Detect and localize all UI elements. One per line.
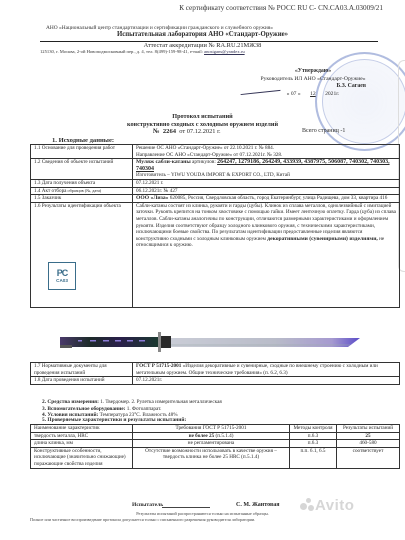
row-value: ГОСТ Р 51715-2001 «Изделия декоративные … — [133, 363, 400, 377]
requirement: Отсутствие возможности использовать в ка… — [133, 447, 290, 468]
protocol-title-line2: конструктивно сходных с холодным оружием… — [0, 121, 405, 129]
row-label: 1.6 Результаты идентификации объекта — [31, 202, 133, 307]
test-result: соответствует — [337, 447, 400, 468]
row-value: ООО «Лиза» 620085, Россия, Свердловская … — [133, 195, 400, 203]
table-row: 1.5 Заказчик ООО «Лиза» 620085, Россия, … — [31, 195, 400, 203]
section5: 5. Проверяемые характеристики и результа… — [42, 417, 186, 423]
email-link[interactable]: anostgans@yandex.ru — [204, 49, 245, 54]
tester-signature-line — [162, 507, 210, 508]
number-prefix: № — [153, 128, 160, 135]
control-method: п.п. 6.1, 6.5 — [290, 447, 337, 468]
table-row: 1.3 Дата получения объекта 07.12.2021 г. — [31, 179, 400, 187]
basis-line: Решение ОС АНО «Стандарт-Оружие» от 22.1… — [136, 145, 396, 152]
protocol-number: № 2264 от 07.12.2021 г. — [153, 128, 221, 135]
approval-title: «Утверждаю» — [295, 68, 331, 74]
section5-label: 5. Проверяемые характеристики и результа… — [42, 417, 186, 423]
characteristic-name: длина клинка, мм — [31, 440, 133, 448]
table-header-row: Наименование характеристик Требования ГО… — [31, 425, 400, 433]
section1-heading: 1. Исходные данные: — [52, 137, 114, 144]
katana-photo — [58, 332, 363, 352]
table-row: 1.7 Нормативные документы для проведения… — [31, 363, 400, 377]
customer-address: 620085, Россия, Свердловская область, го… — [168, 195, 387, 201]
row-label: 1.8 Дата проведения испытаний — [31, 377, 133, 385]
approval-year: 2021г. — [325, 91, 339, 97]
pc-mark-icon: PC — [57, 269, 68, 278]
row-label-small: образцов (№, дата) — [66, 188, 101, 193]
table-row: твердость металла, HRC не более 25 (п.5.… — [31, 432, 400, 440]
row-label: 1.2 Сведения об объекте испытаний — [31, 159, 133, 180]
row-value: 06.12.2021г. № 427 — [133, 187, 400, 195]
identification-conclusion: декоративными (сувенирными) изделиями, — [267, 236, 378, 242]
customer-name: ООО «Лиза» — [136, 195, 168, 201]
row-value: Муляж сабли-катаны артикулов: 264247, 12… — [133, 159, 400, 180]
row-label: 1.5 Заказчик — [31, 195, 133, 203]
row-label-text: 1.4 Акт отбора — [34, 188, 66, 194]
results-table: Наименование характеристик Требования ГО… — [30, 424, 400, 469]
approval-day: « 07 » — [287, 91, 301, 97]
protocol-title-line1: Протокол испытаний — [0, 113, 405, 121]
product-name: Муляж сабли-катаны — [136, 159, 191, 165]
row-value: Решение ОС АНО «Стандарт-Оружие» от 22.1… — [133, 145, 400, 159]
section2-label: 2. Средства измерения: — [42, 399, 99, 405]
test-result: 25 — [337, 432, 400, 440]
column-header: Требования ГОСТ Р 51715-2001 — [133, 425, 290, 433]
avito-watermark: Avito — [300, 497, 354, 514]
test-result: 460-580 — [337, 440, 400, 448]
requirement-bold: не более 25 — [189, 433, 215, 439]
initial-data-table: 1.1 Основание для проведения работ Решен… — [30, 144, 400, 308]
tester-label: Испытатель — [132, 502, 163, 508]
basis-line: Направление ОС АНО «Стандарт-Оружие» от … — [136, 152, 396, 159]
approval-month: 12 — [302, 91, 324, 97]
table-row: 1.1 Основание для проведения работ Решен… — [31, 145, 400, 159]
table-row: 1.2 Сведения об объекте испытаний Муляж … — [31, 159, 400, 180]
certificate-reference: К сертификату соответствия № РОСС RU С- … — [179, 4, 383, 12]
footnote-reproduction: Полное или частичное воспроизведение про… — [30, 517, 255, 522]
row-label: 1.4 Акт отбора образцов (№, дата) — [31, 187, 133, 195]
section2-value: 1. Твердомер. 2. Рулетка измерительная м… — [99, 399, 222, 405]
row-label: 1.3 Дата получения объекта — [31, 179, 133, 187]
address-text: 125130, г. Москва, 2-ой Новоподмосковный… — [40, 49, 204, 54]
row-label: 1.1 Основание для проведения работ — [31, 145, 133, 159]
page-count: Всего страниц -1 — [302, 128, 345, 134]
characteristic-name: твердость металла, HRC — [31, 432, 133, 440]
number-value: 2264 — [163, 128, 176, 135]
certification-logo: PC CA03 — [48, 262, 76, 290]
protocol-title: Протокол испытаний конструктивно сходных… — [0, 113, 405, 128]
requirement: не регламентирована — [133, 440, 290, 448]
table-row: 1.8 Дата проведения испытаний 07.12.2021… — [31, 377, 400, 385]
requirement-ref: (п.5.1.4) — [214, 433, 233, 439]
approval-name: Б.З. Сагаев — [336, 83, 366, 89]
standard-code: ГОСТ Р 51715-2001 — [136, 363, 181, 369]
address: 125130, г. Москва, 2-ой Новоподмосковный… — [40, 49, 245, 54]
row-value: 07.12.2021г. — [133, 377, 400, 385]
manufacturer: Изготовитель – YIWU YOUDA IMPORT & EXPOR… — [136, 172, 396, 179]
accreditation: Аттестат аккредитации № RA.RU.21МЖ38 — [0, 42, 405, 49]
tester-name: С. М. Жантовая — [236, 502, 279, 508]
avito-logo-icon — [300, 498, 314, 512]
row-value: Сабли-катаны состоят из клинка, рукояти … — [133, 202, 400, 307]
column-header: Результаты испытаний — [337, 425, 400, 433]
seal-stamp — [315, 52, 405, 151]
table-row: Конструктивные особенности, исключающие … — [31, 447, 400, 468]
table-row: длина клинка, мм не регламентирована п.6… — [31, 440, 400, 448]
requirement: не более 25 (п.5.1.4) — [133, 432, 290, 440]
section3: 3. Вспомогательное оборудование: 1. Фото… — [42, 406, 161, 412]
logo-code: CA03 — [56, 278, 68, 283]
column-header: Наименование характеристик — [31, 425, 133, 433]
column-header: Методы контроля — [290, 425, 337, 433]
control-method: п.6.3 — [290, 440, 337, 448]
table-row: 1.6 Результаты идентификации объекта Саб… — [31, 202, 400, 307]
section3-label: 3. Вспомогательное оборудование: — [42, 406, 125, 412]
section3-value: 1. Фотоаппарат. — [125, 406, 161, 412]
row-value: 07.12.2021 г. — [133, 179, 400, 187]
avito-text: Avito — [315, 497, 354, 514]
articles-label: артикулов: — [191, 159, 217, 165]
protocol-date: от 07.12.2021 г. — [179, 128, 220, 135]
section2: 2. Средства измерения: 1. Твердомер. 2. … — [42, 399, 222, 405]
characteristic-name: Конструктивные особенности, исключающие … — [31, 447, 133, 468]
normative-table: 1.7 Нормативные документы для проведения… — [30, 362, 400, 385]
row-label: 1.7 Нормативные документы для проведения… — [31, 363, 133, 377]
table-row: 1.4 Акт отбора образцов (№, дата) 06.12.… — [31, 187, 400, 195]
laboratory-name: Испытательная лаборатория АНО «Стандарт-… — [0, 31, 405, 38]
control-method: п.6.3 — [290, 432, 337, 440]
